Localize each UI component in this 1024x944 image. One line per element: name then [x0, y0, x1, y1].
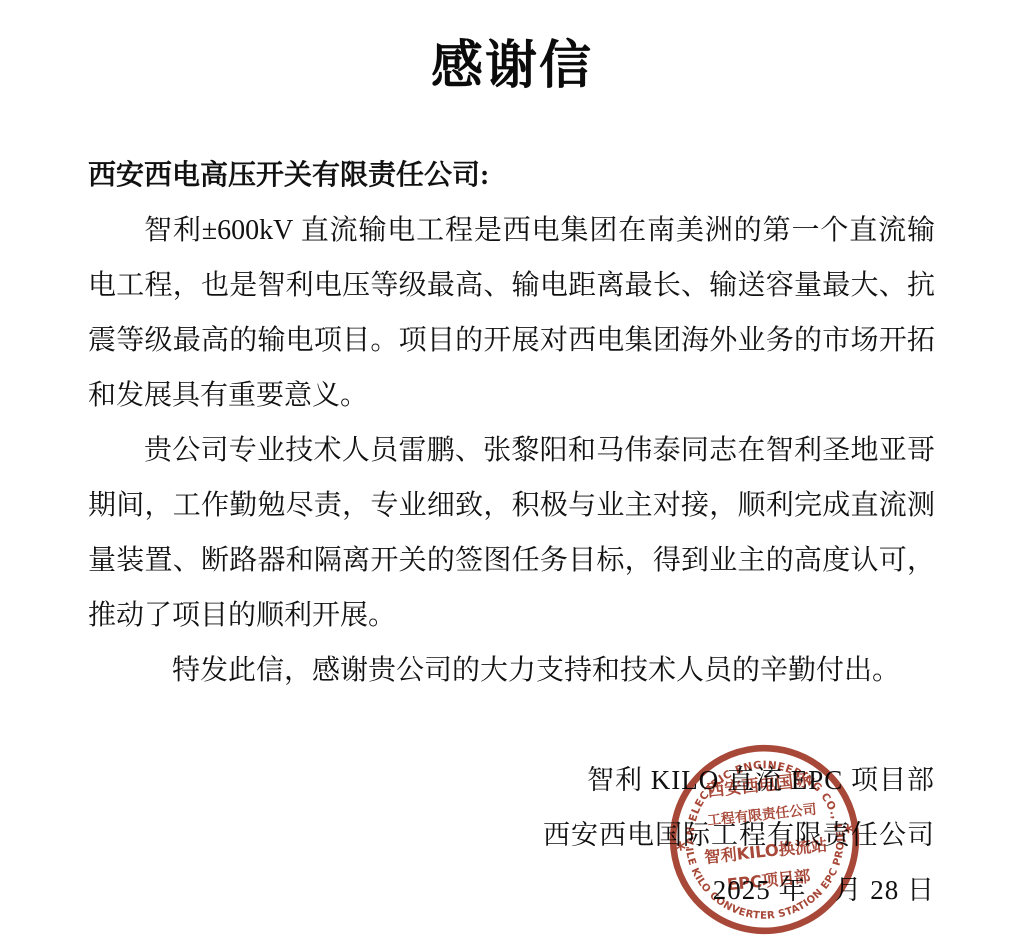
paragraph-1: 智利±600kV 直流输电工程是西电集团在南美洲的第一个直流输电工程，也是智利电… — [88, 203, 935, 423]
salutation-line: 西安西电高压开关有限责任公司: — [88, 148, 935, 203]
signature-block: 智利 KILO 直流 EPC 项目部 西安西电国际工程有限责任公司 2025 年… — [0, 753, 935, 918]
signature-line-department: 智利 KILO 直流 EPC 项目部 — [0, 753, 935, 808]
signature-line-company: 西安西电国际工程有限责任公司 — [0, 808, 935, 863]
letter-page: 感谢信 西安西电高压开关有限责任公司: 智利±600kV 直流输电工程是西电集团… — [0, 0, 1024, 944]
paragraph-2: 贵公司专业技术人员雷鹏、张黎阳和马伟泰同志在智利圣地亚哥期间，工作勤勉尽责，专业… — [88, 423, 935, 643]
signature-line-date: 2025 年 月 28 日 — [0, 863, 935, 918]
letter-body: 西安西电高压开关有限责任公司: 智利±600kV 直流输电工程是西电集团在南美洲… — [88, 148, 935, 698]
letter-title: 感谢信 — [0, 0, 1024, 100]
paragraph-3: 特发此信，感谢贵公司的大力支持和技术人员的辛勤付出。 — [88, 643, 935, 698]
